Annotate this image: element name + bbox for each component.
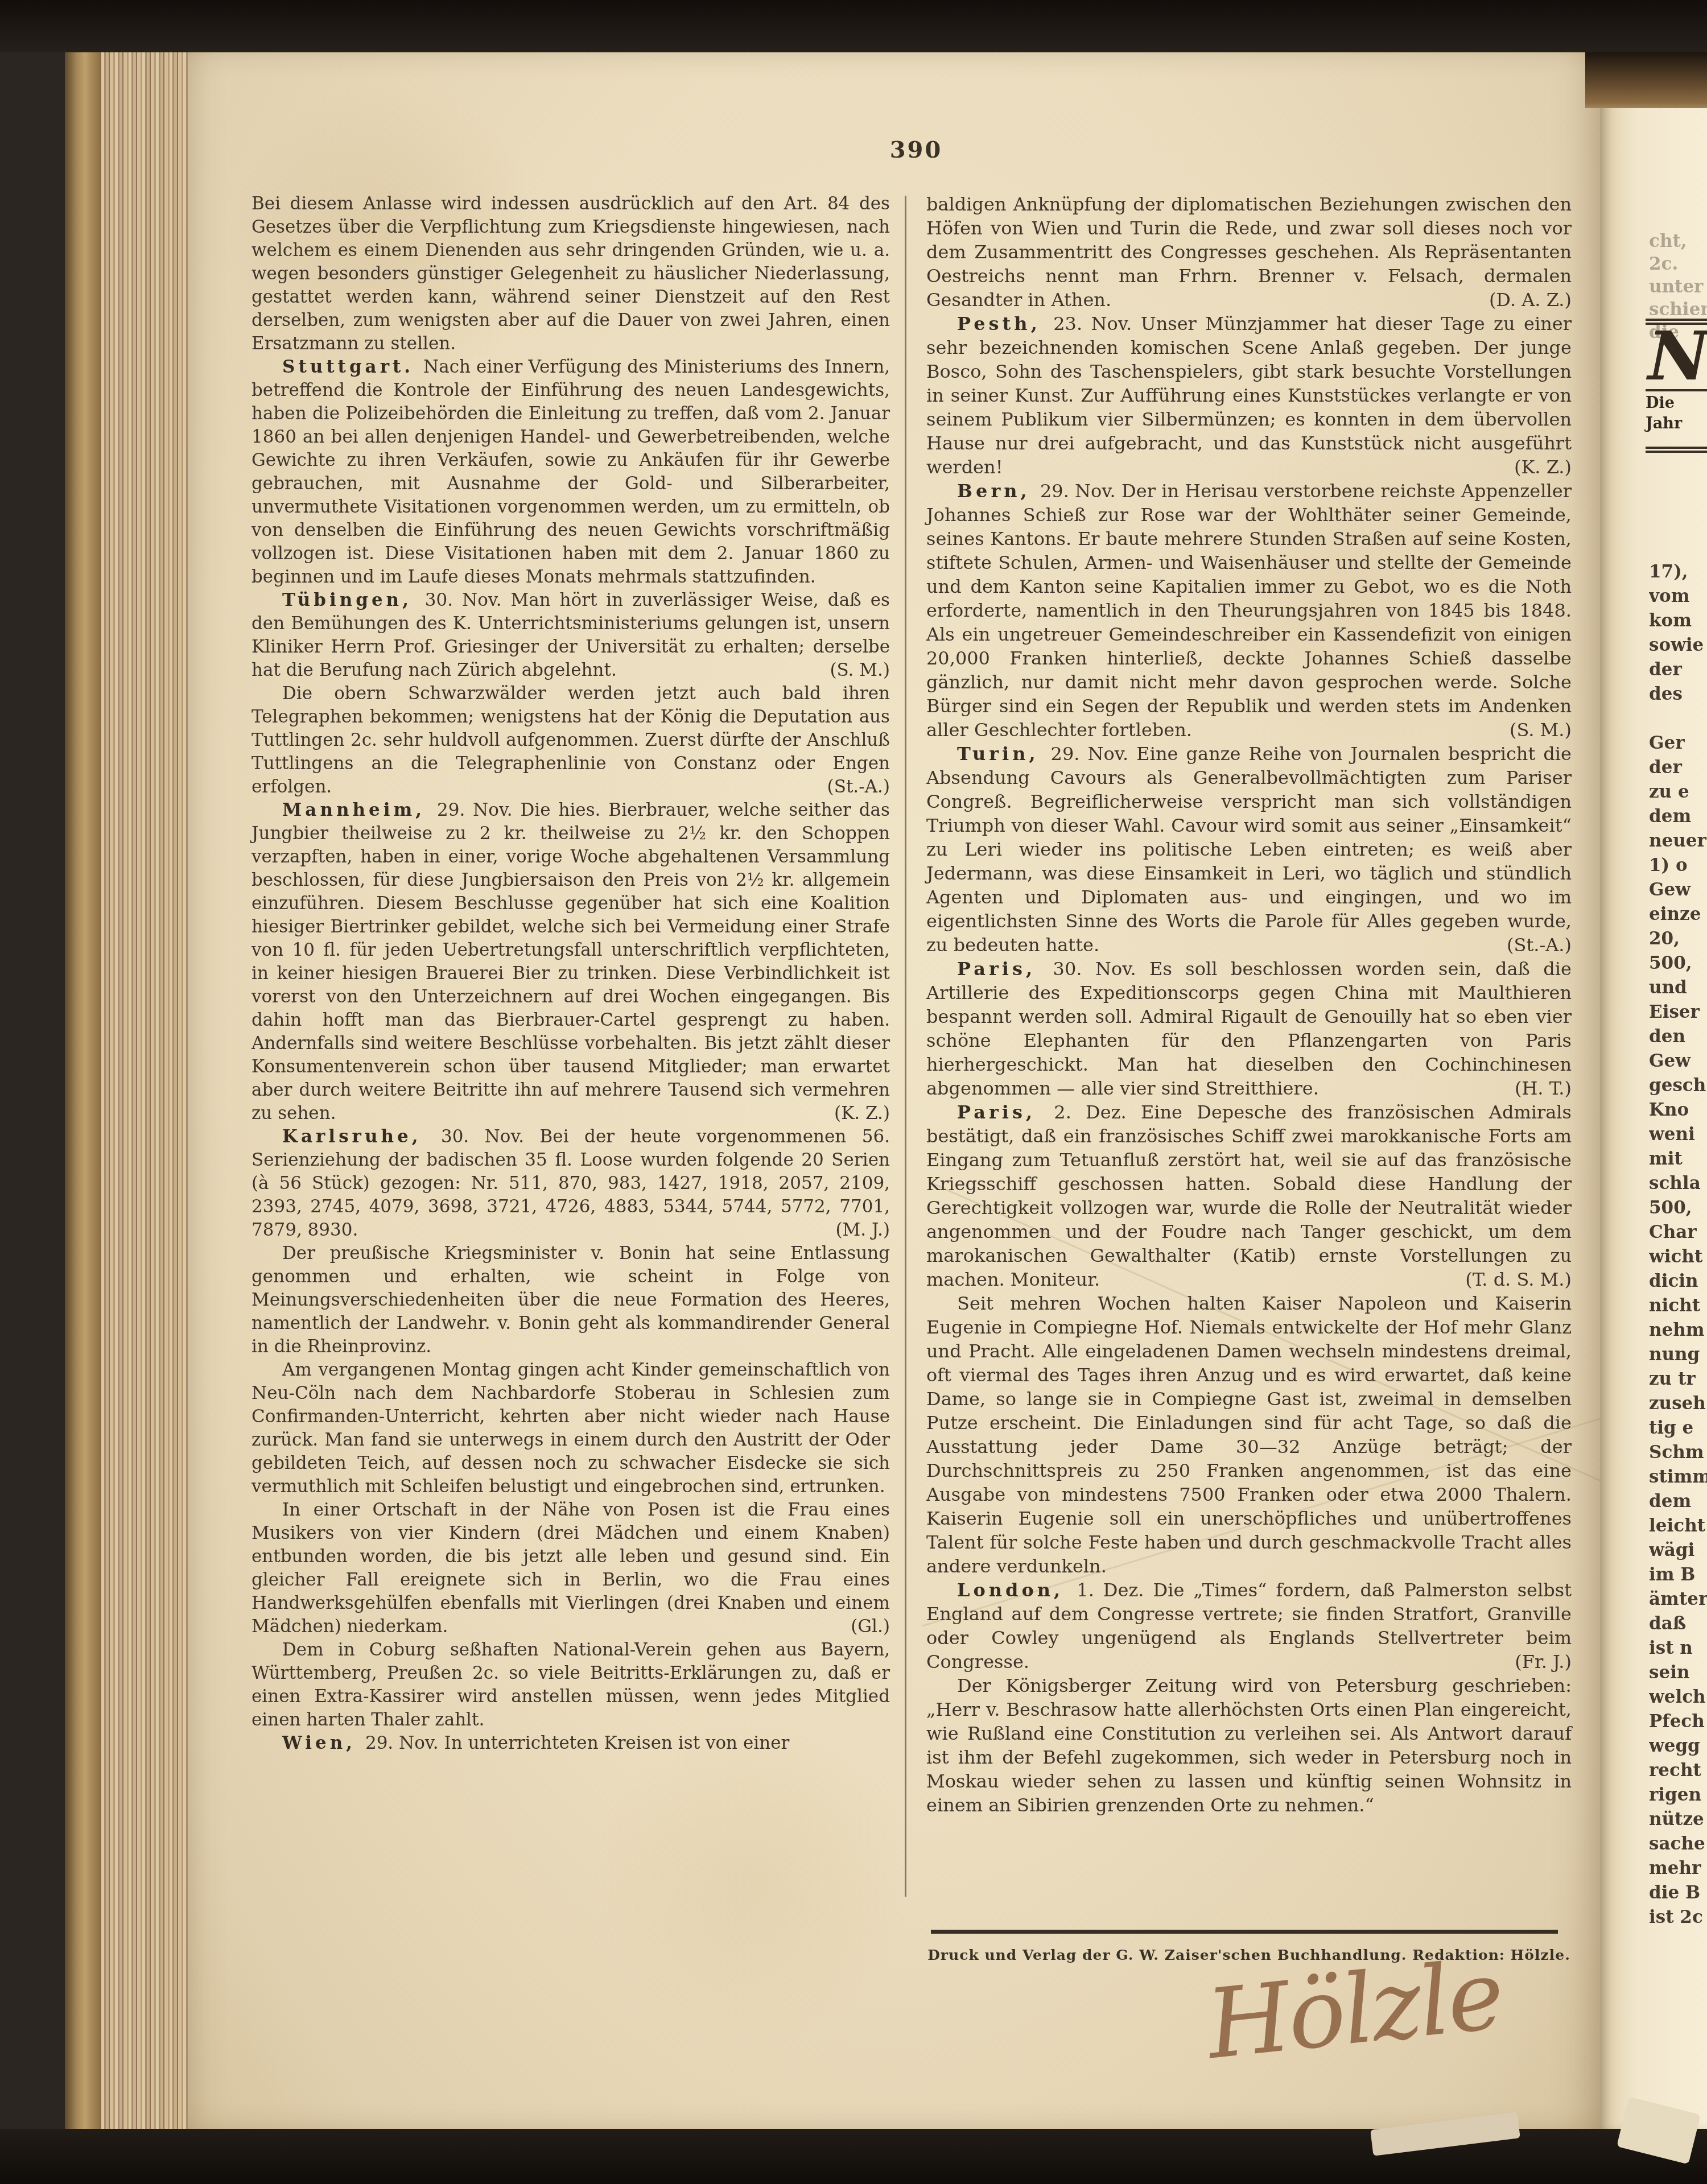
source-tag: (Fr. J.) xyxy=(1484,1650,1572,1674)
dateline-lead: Bern, xyxy=(957,480,1040,502)
fragment-line: zu tr xyxy=(1649,1367,1707,1392)
fragment-line: mehr xyxy=(1649,1856,1707,1881)
imprint-rule xyxy=(931,1930,1558,1934)
fragment-line: den xyxy=(1649,1025,1707,1049)
fragment-line: ist n xyxy=(1649,1636,1707,1661)
page-stack-edges xyxy=(101,40,188,2145)
fragment-line: einze xyxy=(1649,902,1707,927)
fragment-line: des xyxy=(1649,682,1707,707)
fragment-line: dem xyxy=(1649,804,1707,829)
dateline-lead: Paris, xyxy=(957,958,1053,980)
fragment-line: Pfech xyxy=(1649,1710,1707,1734)
fragment-line: dicin xyxy=(1649,1269,1707,1294)
fragment-line: rigen xyxy=(1649,1783,1707,1807)
fragment-line: sowie xyxy=(1649,633,1707,658)
dateline-lead: Tübingen, xyxy=(282,590,425,610)
fragment-line: 500, xyxy=(1649,1196,1707,1220)
dateline-lead: Paris, xyxy=(957,1101,1054,1123)
news-paragraph: Stuttgart. Nach einer Verfügung des Mini… xyxy=(251,356,890,589)
news-paragraph: Wien, 29. Nov. In unterrichteten Kreisen… xyxy=(251,1732,890,1755)
facing-page-masthead: N Die Jahr xyxy=(1646,319,1707,452)
fragment-line: der xyxy=(1649,755,1707,780)
fragment-line: und xyxy=(1649,976,1707,1000)
news-paragraph: Am vergangenen Montag gingen acht Kinder… xyxy=(251,1359,890,1498)
fragment-line: Schm xyxy=(1649,1440,1707,1465)
masthead-rule xyxy=(1646,447,1707,449)
source-tag: (St.-A.) xyxy=(1476,933,1572,957)
fragment-line xyxy=(1649,707,1707,731)
masthead-subline: Die xyxy=(1646,393,1707,414)
book-spine-leather xyxy=(65,27,101,2166)
news-paragraph: Turin, 29. Nov. Eine ganze Reihe von Jou… xyxy=(926,742,1572,957)
fragment-line: Ger xyxy=(1649,731,1707,755)
fragment-line: vom xyxy=(1649,584,1707,609)
fragment-line: neuer xyxy=(1649,829,1707,853)
fragment-line: 2c. xyxy=(1649,253,1707,275)
fragment-line: Eiser xyxy=(1649,1000,1707,1025)
news-paragraph: baldigen Anknüpfung der diplomatischen B… xyxy=(926,192,1572,312)
fragment-line: zuseh xyxy=(1649,1392,1707,1416)
fragment-line: Kno xyxy=(1649,1098,1707,1122)
dateline-lead: Karlsruhe, xyxy=(282,1126,441,1147)
news-paragraph: Tübingen, 30. Nov. Man hört in zuverläss… xyxy=(251,589,890,682)
masthead-subline: Jahr xyxy=(1646,414,1707,434)
dateline-lead: Wien, xyxy=(282,1733,365,1753)
fragment-line: schla xyxy=(1649,1171,1707,1196)
fragment-line: sein xyxy=(1649,1661,1707,1685)
fragment-line: weni xyxy=(1649,1122,1707,1147)
news-paragraph: Paris, 30. Nov. Es soll beschlossen word… xyxy=(926,957,1572,1100)
source-tag: (St.-A.) xyxy=(797,775,890,799)
column-divider-rule xyxy=(905,196,906,1897)
fragment-line: 500, xyxy=(1649,951,1707,976)
news-paragraph: Der preußische Kriegsminister v. Bonin h… xyxy=(251,1242,890,1359)
fragment-line: mit xyxy=(1649,1147,1707,1171)
masthead-initial: N xyxy=(1648,324,1707,388)
fragment-line: der xyxy=(1649,658,1707,682)
fragment-line: Char xyxy=(1649,1220,1707,1245)
left-text-column: Bei diesem Anlasse wird indessen ausdrüc… xyxy=(251,192,890,1755)
page-number: 390 xyxy=(814,137,1019,163)
news-paragraph: Karlsruhe, 30. Nov. Bei der heute vorgen… xyxy=(251,1125,890,1242)
dateline-lead: Stuttgart. xyxy=(282,357,423,377)
fragment-line: im B xyxy=(1649,1563,1707,1587)
source-tag: (S. M.) xyxy=(799,659,890,682)
fragment-line: cht, xyxy=(1649,230,1707,253)
fragment-line: kom xyxy=(1649,609,1707,633)
binding-top-right xyxy=(1585,52,1707,108)
news-paragraph: In einer Ortschaft in der Nähe von Posen… xyxy=(251,1498,890,1638)
source-tag: (Gl.) xyxy=(820,1615,890,1638)
dateline-lead: Mannheim, xyxy=(282,800,437,820)
fragment-line: Gew xyxy=(1649,1049,1707,1074)
fragment-line: die B xyxy=(1649,1881,1707,1905)
source-tag: (D. A. Z.) xyxy=(1489,288,1572,312)
source-tag: (K. Z.) xyxy=(1483,455,1572,479)
fragment-line: 1) o xyxy=(1649,853,1707,878)
fragment-line: zu e xyxy=(1649,780,1707,804)
fragment-line: wägi xyxy=(1649,1538,1707,1563)
fragment-line: tig e xyxy=(1649,1416,1707,1440)
fragment-line: unter xyxy=(1649,275,1707,298)
right-text-column: baldigen Anknüpfung der diplomatischen B… xyxy=(926,192,1572,1817)
fragment-line: nütze xyxy=(1649,1807,1707,1832)
fragment-line: stimm xyxy=(1649,1465,1707,1489)
fragment-line: wegg xyxy=(1649,1734,1707,1758)
source-tag: (H. T.) xyxy=(1484,1076,1572,1100)
news-paragraph: Der Königsberger Zeitung wird von Peters… xyxy=(926,1674,1572,1817)
facing-page-text-fragments: 17),vomkomsowiederdes Gerderzu edemneuer… xyxy=(1649,560,1707,1930)
photo-background-top xyxy=(0,0,1707,52)
fragment-line: wicht xyxy=(1649,1245,1707,1269)
news-paragraph: Bern, 29. Nov. Der in Herisau verstorben… xyxy=(926,479,1572,742)
news-paragraph: Seit mehren Wochen halten Kaiser Napoleo… xyxy=(926,1291,1572,1578)
fragment-line: nehm xyxy=(1649,1318,1707,1343)
fragment-line: nicht xyxy=(1649,1294,1707,1318)
facing-page-sliver: cht,2c.unterschiendie N Die Jahr 17),vom… xyxy=(1600,52,1707,2129)
news-paragraph: Paris, 2. Dez. Eine Depesche des französ… xyxy=(926,1100,1572,1291)
fragment-line: leicht xyxy=(1649,1514,1707,1538)
fragment-line: nung xyxy=(1649,1343,1707,1367)
fragment-line: sache xyxy=(1649,1832,1707,1856)
dateline-lead: Pesth, xyxy=(957,313,1053,335)
source-tag: (K. Z.) xyxy=(803,1102,890,1125)
fragment-line: dem xyxy=(1649,1489,1707,1514)
source-tag: (T. d. S. M.) xyxy=(1434,1268,1572,1291)
fragment-line: ist 2c xyxy=(1649,1905,1707,1930)
fragment-line: recht xyxy=(1649,1758,1707,1783)
news-paragraph: Pesth, 23. Nov. Unser Münzjammer hat die… xyxy=(926,312,1572,479)
source-tag: (M. J.) xyxy=(805,1219,890,1242)
news-paragraph: Dem in Coburg seßhaften National-Verein … xyxy=(251,1638,890,1732)
fragment-line: daß xyxy=(1649,1612,1707,1636)
news-paragraph: Die obern Schwarzwälder werden jetzt auc… xyxy=(251,682,890,799)
source-tag: (S. M.) xyxy=(1479,718,1572,742)
news-paragraph: Mannheim, 29. Nov. Die hies. Bierbrauer,… xyxy=(251,799,890,1125)
fragment-line: 20, xyxy=(1649,927,1707,951)
fragment-line: 17), xyxy=(1649,560,1707,584)
fragment-line: Gew xyxy=(1649,878,1707,902)
fragment-line: welch xyxy=(1649,1685,1707,1710)
fragment-line: ämter xyxy=(1649,1587,1707,1612)
dateline-lead: Turin, xyxy=(957,743,1051,765)
news-paragraph: Bei diesem Anlasse wird indessen ausdrüc… xyxy=(251,192,890,356)
fragment-line: gesch xyxy=(1649,1074,1707,1098)
newspaper-page: 390 Bei diesem Anlasse wird indessen aus… xyxy=(188,52,1600,2129)
news-paragraph: London, 1. Dez. Die „Times“ fordern, daß… xyxy=(926,1578,1572,1674)
